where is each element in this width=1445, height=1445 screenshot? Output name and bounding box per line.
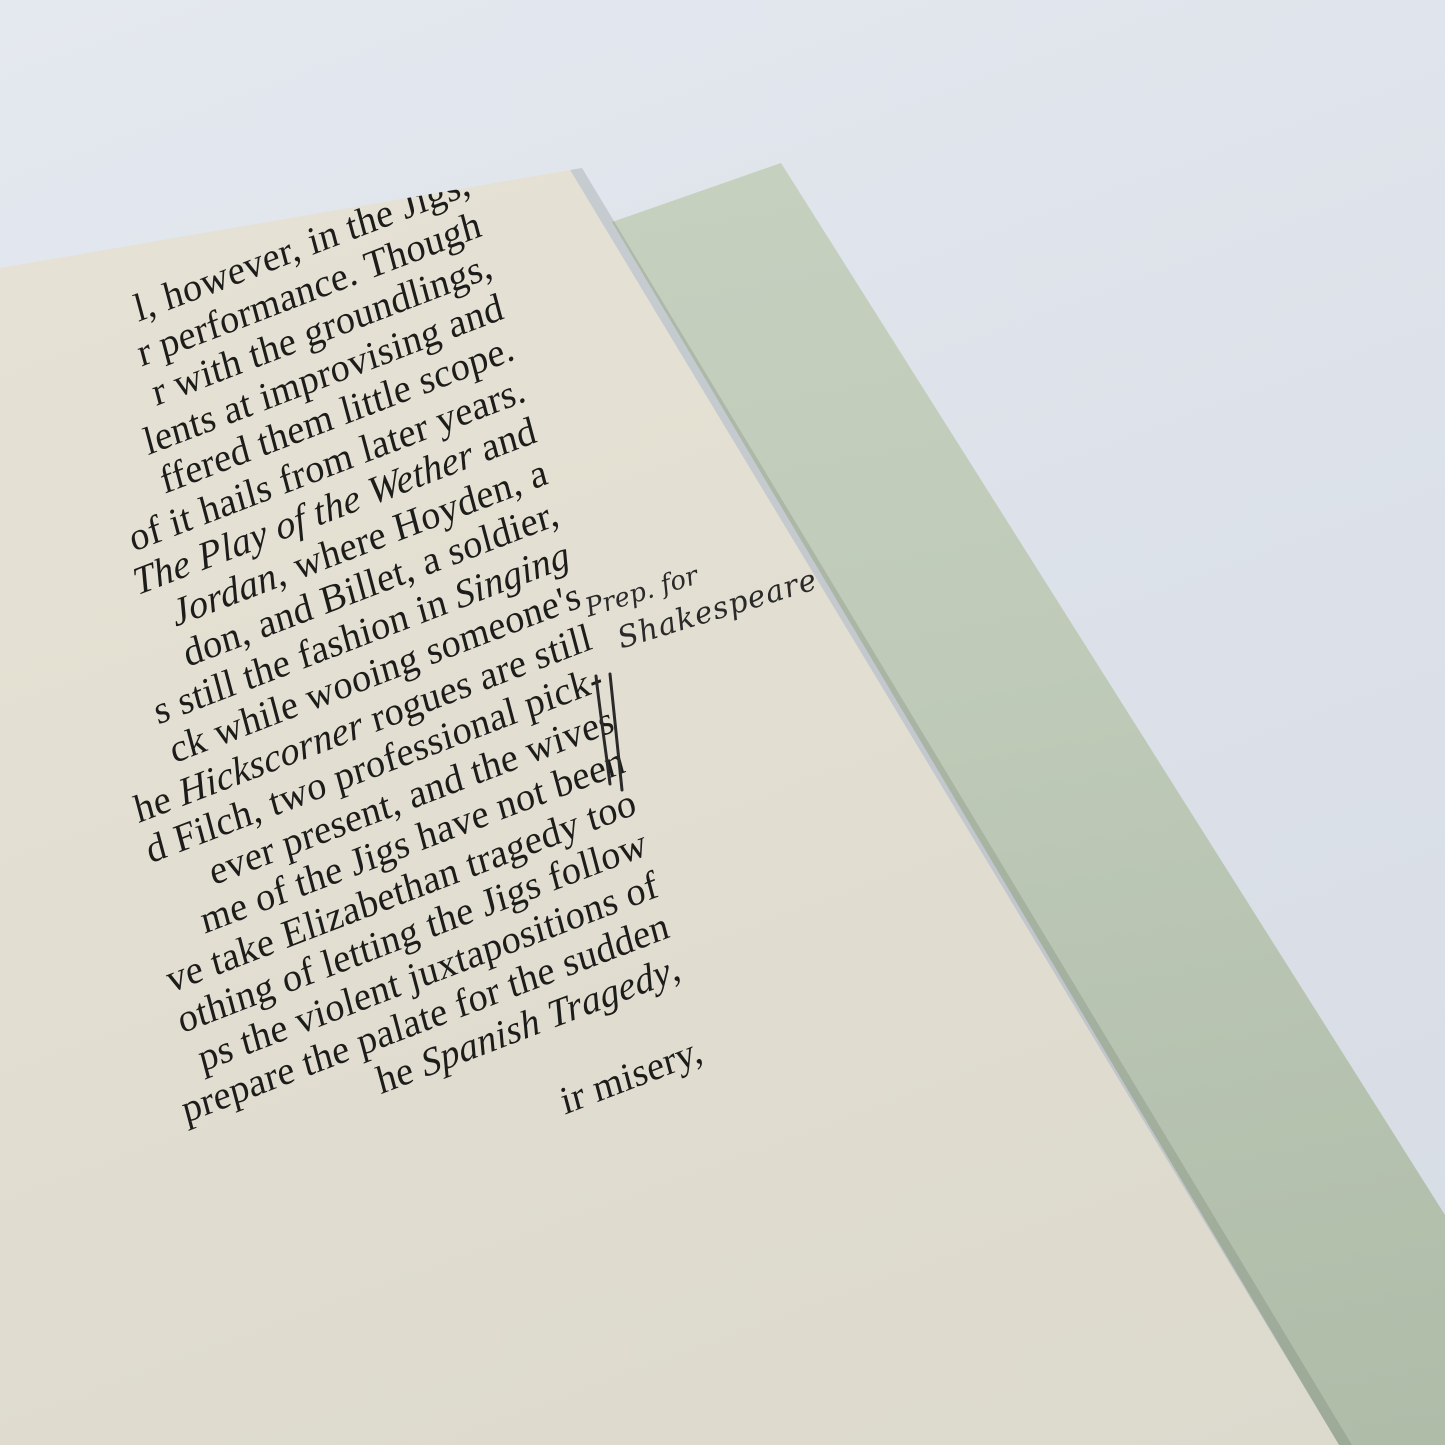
printed-text-block: l, however, in the Jigs,r performance. T… — [0, 162, 707, 1428]
photo-scene: l, however, in the Jigs,r performance. T… — [0, 0, 1445, 1445]
margin-double-bar-mark — [592, 672, 632, 792]
